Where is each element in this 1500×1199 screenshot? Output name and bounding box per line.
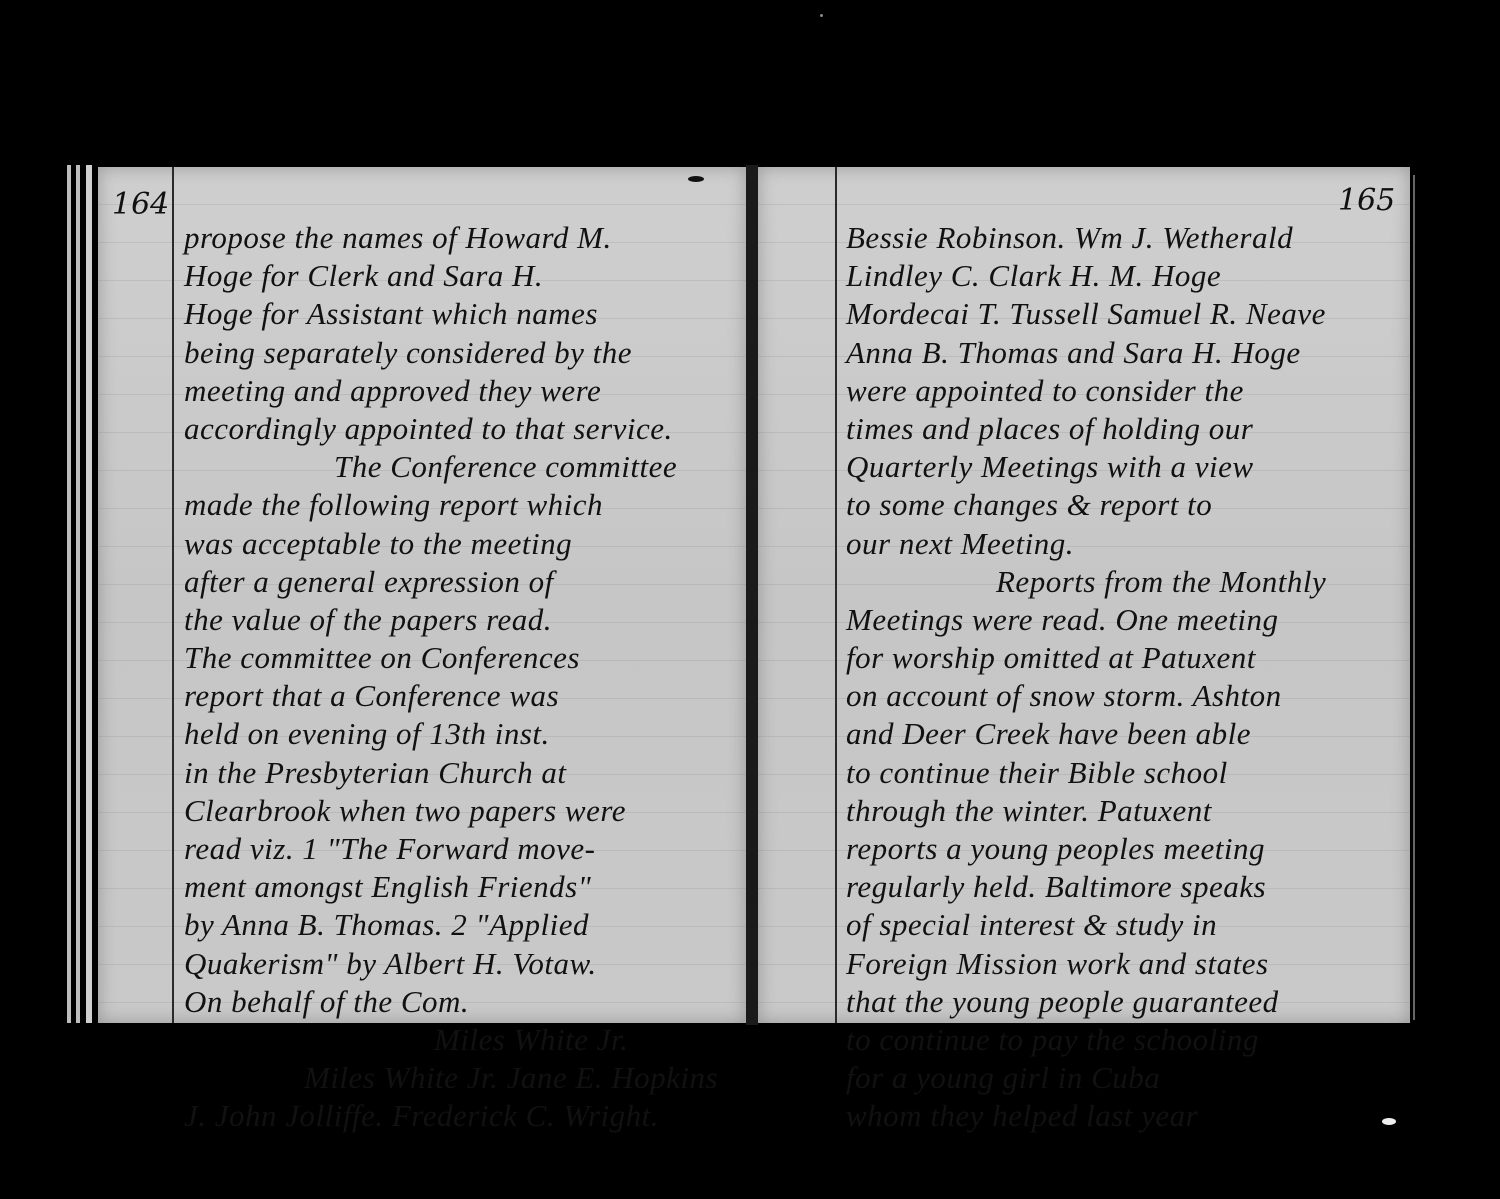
page-number: 165 [1338, 183, 1395, 218]
text-line: Hoge for Clerk and Sara H. [184, 257, 744, 295]
page-edge-line [67, 165, 71, 1023]
text-line: ment amongst English Friends" [184, 868, 744, 906]
ink-blot [688, 176, 704, 182]
text-line: and Deer Creek have been able [846, 715, 1406, 753]
text-line: Quakerism" by Albert H. Votaw. [184, 945, 744, 983]
text-line: being separately considered by the [184, 334, 744, 372]
page-edge-line [76, 165, 80, 1023]
text-line: times and places of holding our [846, 410, 1406, 448]
text-line: after a general expression of [184, 563, 744, 601]
text-line: accordingly appointed to that service. [184, 410, 744, 448]
text-line: reports a young peoples meeting [846, 830, 1406, 868]
text-line: to some changes & report to [846, 486, 1406, 524]
handwritten-text-right: Bessie Robinson. Wm J. Wetherald Lindley… [846, 219, 1406, 1136]
text-line: Hoge for Assistant which names [184, 295, 744, 333]
text-line: made the following report which [184, 486, 744, 524]
text-line: to continue their Bible school [846, 754, 1406, 792]
text-line: Reports from the Monthly [846, 563, 1406, 601]
text-line: Lindley C. Clark H. M. Hoge [846, 257, 1406, 295]
text-line: propose the names of Howard M. [184, 219, 744, 257]
text-line: held on evening of 13th inst. [184, 715, 744, 753]
text-line: for a young girl in Cuba [846, 1059, 1406, 1097]
text-line: the value of the papers read. [184, 601, 744, 639]
signature-line: Miles White Jr. Jane E. Hopkins [184, 1059, 744, 1097]
text-line: were appointed to consider the [846, 372, 1406, 410]
text-line: meeting and approved they were [184, 372, 744, 410]
text-line: Bessie Robinson. Wm J. Wetherald [846, 219, 1406, 257]
text-line: Meetings were read. One meeting [846, 601, 1406, 639]
text-line: regularly held. Baltimore speaks [846, 868, 1406, 906]
text-line: The committee on Conferences [184, 639, 744, 677]
text-line: Foreign Mission work and states [846, 945, 1406, 983]
text-line: for worship omitted at Patuxent [846, 639, 1406, 677]
text-line: that the young people guaranteed [846, 983, 1406, 1021]
text-line: was acceptable to the meeting [184, 525, 744, 563]
page-edge-line [86, 165, 92, 1023]
text-line: whom they helped last year [846, 1097, 1406, 1135]
book-spine [746, 165, 758, 1025]
margin-rule [172, 167, 174, 1023]
text-line: to continue to pay the schooling [846, 1021, 1406, 1059]
right-page: 165 Bessie Robinson. Wm J. Wetherald Lin… [758, 167, 1410, 1023]
text-line: Mordecai T. Tussell Samuel R. Neave [846, 295, 1406, 333]
signature-line: J. John Jolliffe. Frederick C. Wright. [184, 1097, 744, 1135]
text-line: On behalf of the Com. [184, 983, 744, 1021]
left-page: 164 propose the names of Howard M. Hoge … [98, 167, 746, 1023]
margin-rule [835, 167, 837, 1023]
text-line: report that a Conference was [184, 677, 744, 715]
film-speck [1382, 1118, 1396, 1125]
text-line: read viz. 1 "The Forward move- [184, 830, 744, 868]
text-line: by Anna B. Thomas. 2 "Applied [184, 906, 744, 944]
page-edge-line [1413, 175, 1415, 1020]
film-speck [820, 14, 823, 17]
text-line: Anna B. Thomas and Sara H. Hoge [846, 334, 1406, 372]
text-line: our next Meeting. [846, 525, 1406, 563]
text-line: through the winter. Patuxent [846, 792, 1406, 830]
text-line: Quarterly Meetings with a view [846, 448, 1406, 486]
text-line: of special interest & study in [846, 906, 1406, 944]
text-line: The Conference committee [184, 448, 744, 486]
page-stack-edges [60, 165, 100, 1023]
text-line: on account of snow storm. Ashton [846, 677, 1406, 715]
text-line: in the Presbyterian Church at [184, 754, 744, 792]
page-number: 164 [112, 187, 169, 222]
text-line: Clearbrook when two papers were [184, 792, 744, 830]
handwritten-text-left: propose the names of Howard M. Hoge for … [184, 219, 744, 1136]
signature-line: Miles White Jr. [184, 1021, 744, 1059]
